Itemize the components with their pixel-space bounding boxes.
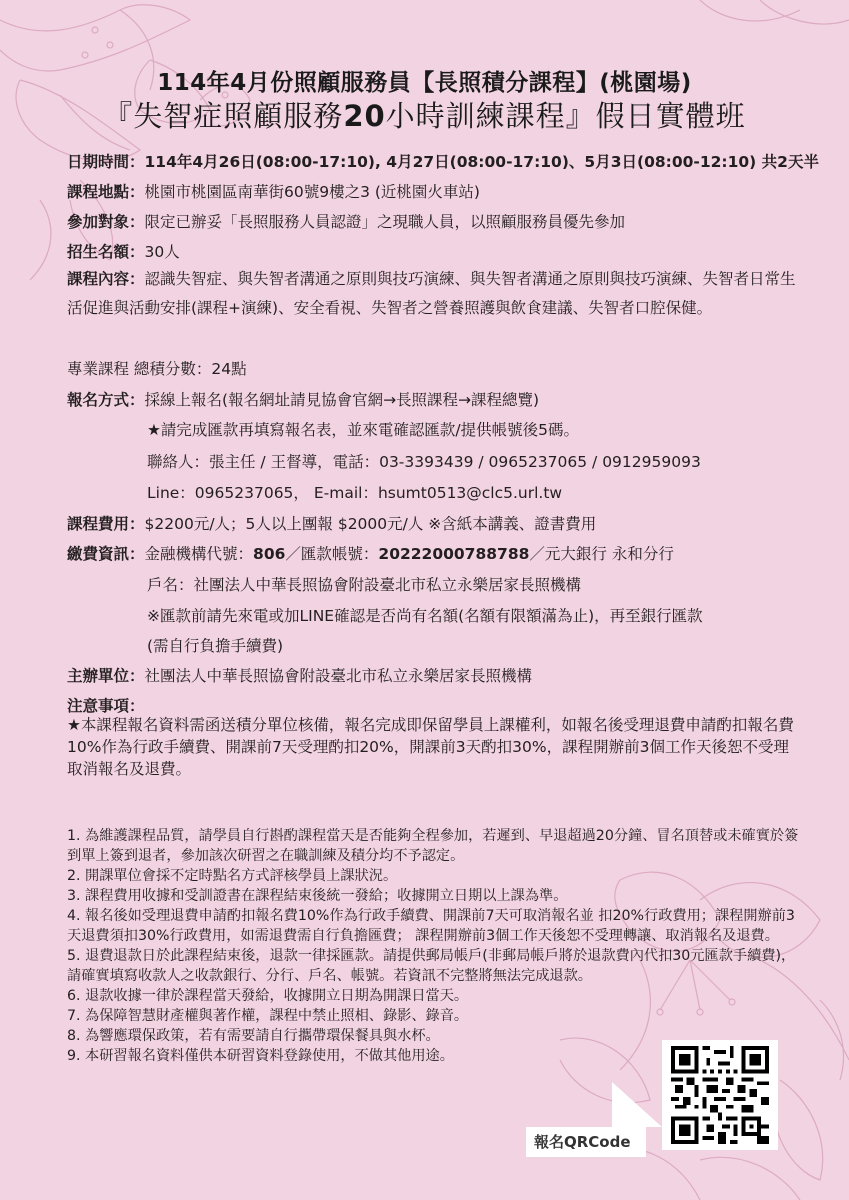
content-value: 認識失智症、與失智者溝通之原則與技巧演練、與失智者溝通之原則與技巧演練、失智者日… [67,270,796,317]
bank-code-label: 金融機構代號： [145,545,254,563]
target-value: 限定已辦妥「長照服務人員認證」之現職人員，以照顧服務員優先參加 [145,213,626,231]
title-line-2-hours: 20 [343,99,385,133]
note-item: 9. 本研習報名資料僅供本研習資料登錄使用，不做其他用途。 [67,1046,627,1066]
fee-label: 課程費用： [67,515,145,533]
flyer-page: 114年4月份照顧服務員【長照積分課程】(桃園場) 『失智症照顧服務20小時訓練… [0,0,849,1200]
date-label: 日期時間： [67,153,145,171]
account-label: ／匯款帳號： [285,545,378,563]
note-item: 8. 為響應環保政策，若有需要請自行攜帶環保餐具與水杯。 [67,1026,627,1046]
payment-row: 繳費資訊：金融機構代號：806／匯款帳號：20222000788788／元大銀行… [67,542,674,564]
organizer-label: 主辦單位： [67,667,145,685]
title-line-2: 『失智症照顧服務20小時訓練課程』假日實體班 [0,94,849,135]
qr-code-icon [668,1046,772,1144]
quota-row: 招生名額：30人 [67,240,180,262]
notes-star-note: ★本課程報名資料需函送積分單位核備，報名完成即保留學員上課權利，如報名後受理退費… [67,714,802,780]
payment-label: 繳費資訊： [67,545,145,563]
date-row: 日期時間：114年4月26日(08:00-17:10), 4月27日(08:00… [67,150,819,172]
note-item: 4. 報名後如受理退費申請酌扣報名費10%作為行政手續費、開課前7天可取消報名並… [67,906,802,946]
notes-heading: 注意事項： [67,694,145,716]
registration-label: 報名方式： [67,391,145,409]
registration-qr-code[interactable] [662,1040,778,1150]
note-item: 1. 為維護課程品質，請學員自行斟酌課程當天是否能夠全程參加，若遲到、早退超過2… [67,826,802,866]
location-value: 桃園市桃園區南華街60號9樓之3 (近桃園火車站) [145,183,480,201]
quota-value: 30人 [145,243,180,261]
fee-value: $2200元/人；5人以上團報 $2000元/人 ※含紙本講義、證書費用 [145,515,597,533]
target-label: 參加對象： [67,213,145,231]
content-row: 課程內容：認識失智症、與失智者溝通之原則與技巧演練、與失智者溝通之原則與技巧演練… [67,265,802,323]
note-item: 2. 開課單位會採不定時點名方式評核學員上課狀況。 [67,866,802,886]
account-name: 戶名：社團法人中華長照協會附設臺北市私立永樂居家長照機構 [147,573,581,595]
qr-label: 報名QRCode [526,1127,646,1157]
contact-info: 聯絡人：張主任 / 王督導，電話：03-3393439 / 0965237065… [147,450,701,472]
bank-code: 806 [253,545,285,563]
note-item: 5. 退費退款日於此課程結束後，退款一律採匯款。請提供郵局帳戶(非郵局帳戶將於退… [67,946,802,986]
target-row: 參加對象：限定已辦妥「長照服務人員認證」之現職人員，以照顧服務員優先參加 [67,210,625,232]
title-line-1: 114年4月份照顧服務員【長照積分課程】(桃園場) [0,64,849,97]
organizer-row: 主辦單位：社團法人中華長照協會附設臺北市私立永樂居家長照機構 [67,664,532,686]
title-line-2-prefix: 『失智症照顧服務 [103,99,343,133]
date-value: 114年4月26日(08:00-17:10), 4月27日(08:00-17:1… [145,153,819,171]
payment-note-2: (需自行負擔手續費) [147,634,283,656]
qr-pointer-arrow [612,1082,662,1127]
account-number: 20222000788788 [378,545,529,563]
bank-name: ／元大銀行 永和分行 [529,545,673,563]
registration-note: ★請完成匯款再填寫報名表，並來電確認匯款/提供帳號後5碼。 [147,418,579,440]
registration-row: 報名方式：採線上報名(報名網址請見協會官網→長照課程→課程總覽) [67,388,539,410]
payment-note-1: ※匯款前請先來電或加LINE確認是否尚有名額(名額有限額滿為止)，再至銀行匯款 [147,604,703,626]
line-email-info: Line：0965237065， E-mail：hsumt0513@clc5.u… [147,481,562,503]
registration-value: 採線上報名(報名網址請見協會官網→長照課程→課程總覽) [145,391,540,409]
organizer-value: 社團法人中華長照協會附設臺北市私立永樂居家長照機構 [145,667,533,685]
credits-row: 專業課程 總積分數：24點 [67,357,247,379]
notes-list: 1. 為維護課程品質，請學員自行斟酌課程當天是否能夠全程參加，若遲到、早退超過2… [67,826,802,1066]
fee-row: 課程費用：$2200元/人；5人以上團報 $2000元/人 ※含紙本講義、證書費… [67,512,596,534]
quota-label: 招生名額： [67,243,145,261]
note-item: 3. 課程費用收據和受訓證書在課程結束後統一發給；收據開立日期以上課為準。 [67,886,802,906]
title-line-2-suffix: 小時訓練課程』假日實體班 [386,99,746,133]
note-item: 7. 為保障智慧財產權與著作權，課程中禁止照相、錄影、錄音。 [67,1006,802,1026]
location-row: 課程地點：桃園市桃園區南華街60號9樓之3 (近桃園火車站) [67,180,480,202]
note-item: 6. 退款收據一律於課程當天發給，收據開立日期為開課日當天。 [67,986,802,1006]
content-label: 課程內容： [67,270,145,288]
location-label: 課程地點： [67,183,145,201]
